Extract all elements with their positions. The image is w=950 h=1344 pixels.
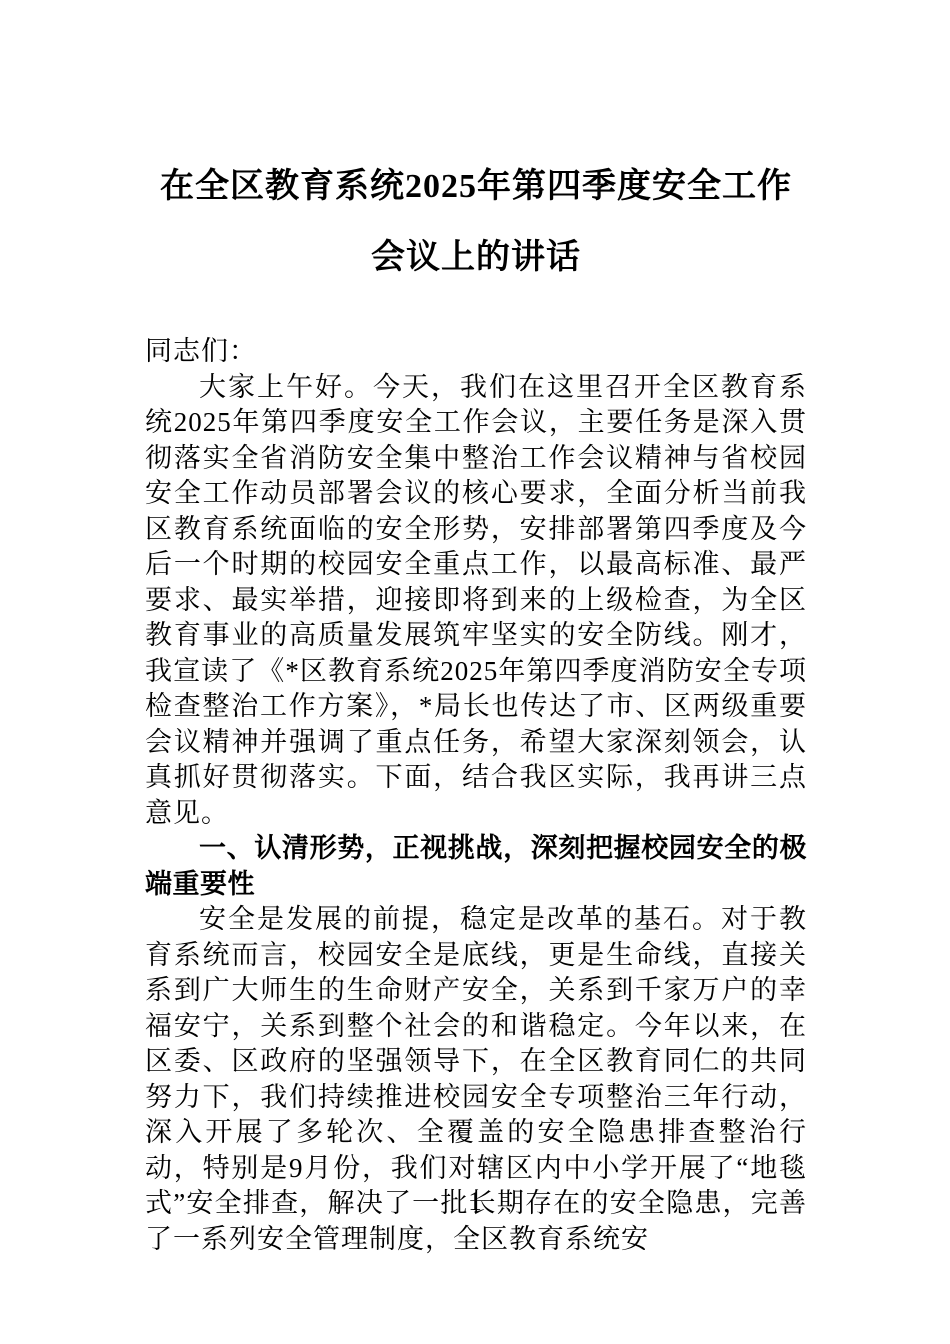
salutation: 同志们： bbox=[145, 334, 807, 370]
document-page: 在全区教育系统2025年第四季度安全工作会议上的讲话 同志们： 大家上午好。今天… bbox=[0, 0, 950, 1344]
page-number: 1 bbox=[0, 1184, 950, 1219]
document-content: 在全区教育系统2025年第四季度安全工作会议上的讲话 同志们： 大家上午好。今天… bbox=[0, 0, 950, 1257]
section-heading-1: 一、认清形势，正视挑战，深刻把握校园安全的极端重要性 bbox=[145, 831, 807, 902]
paragraph-opening: 大家上午好。今天，我们在这里召开全区教育系统2025年第四季度安全工作会议，主要… bbox=[145, 370, 807, 832]
document-title: 在全区教育系统2025年第四季度安全工作会议上的讲话 bbox=[145, 151, 807, 293]
